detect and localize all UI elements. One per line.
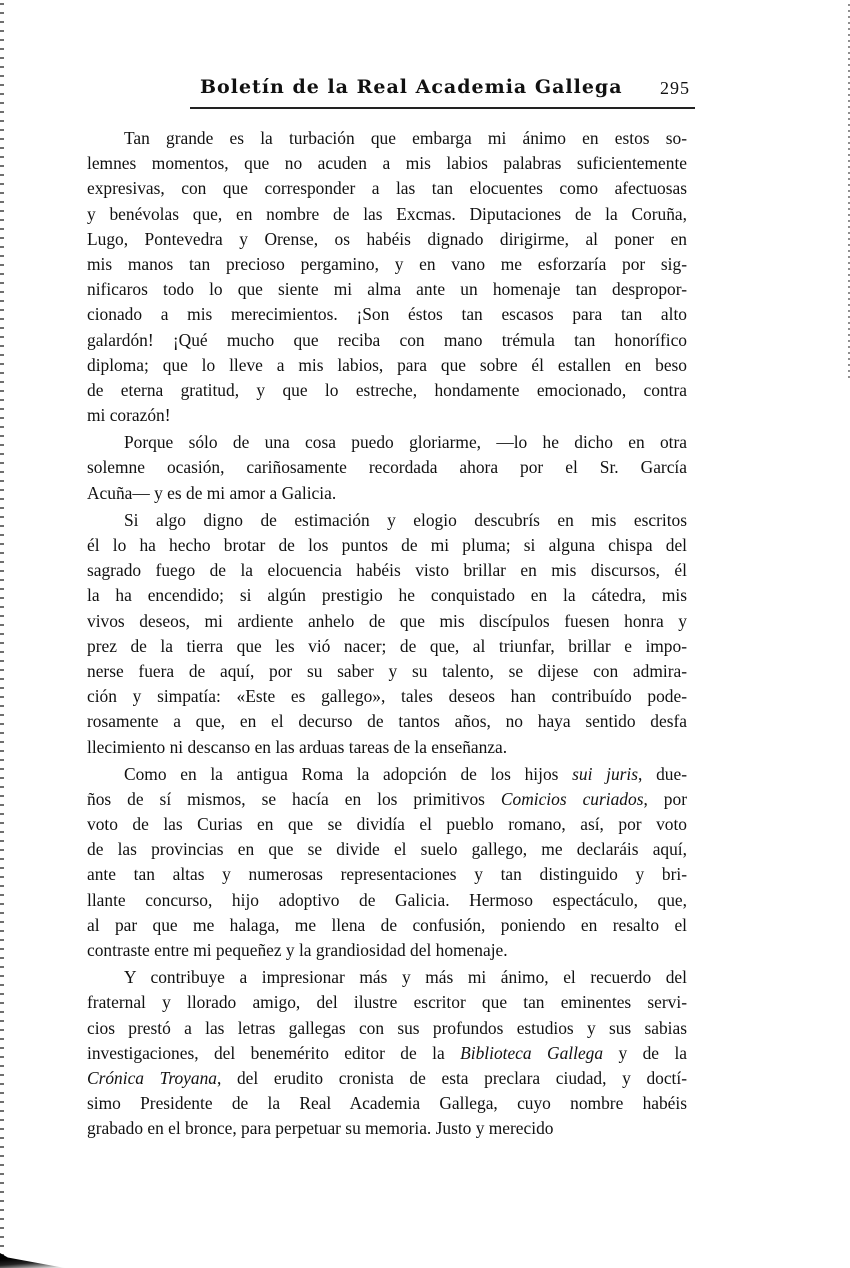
text-line: simo Presidente de la Real Academia Gall… [87, 1091, 687, 1116]
text-line: galardón! ¡Qué mucho que reciba con mano… [87, 328, 687, 353]
text-line: investigaciones, del benemérito editor d… [87, 1041, 687, 1066]
text-line: mi corazón! [87, 403, 687, 428]
text-line: nificaros todo lo que siente mi alma ant… [87, 277, 687, 302]
text-line: lemnes momentos, que no acuden a mis lab… [87, 151, 687, 176]
italic-term: Comicios curiados [501, 789, 644, 809]
text-line: mis manos tan precioso pergamino, y en v… [87, 252, 687, 277]
text-line: ción y simpatía: «Este es gallego», tale… [87, 684, 687, 709]
body-text: Tan grande es la turbación que embarga m… [87, 126, 687, 1144]
page-corner-shadow [0, 1253, 65, 1268]
text-line: cionado a mis merecimientos. ¡Son éstos … [87, 302, 687, 327]
header-rule [190, 107, 695, 109]
text-line: de eterna gratitud, y que lo estreche, h… [87, 378, 687, 403]
text-line: la ha encendido; si algún prestigio he c… [87, 583, 687, 608]
italic-term: Biblioteca Gallega [460, 1043, 603, 1063]
text-line: vivos deseos, mi ardiente anhelo de que … [87, 609, 687, 634]
text-line: ante tan altas y numerosas representacio… [87, 862, 687, 887]
italic-term: Crónica Troyana [87, 1068, 217, 1088]
text-line: Crónica Troyana, del erudito cronista de… [87, 1066, 687, 1091]
text-line: llante concurso, hijo adoptivo de Galici… [87, 888, 687, 913]
text-line: nerse fuera de aquí, por su saber y su t… [87, 659, 687, 684]
text-line: Acuña— y es de mi amor a Galicia. [87, 481, 687, 506]
text-line: sagrado fuego de la elocuencia habéis vi… [87, 558, 687, 583]
text-line: y benévolas que, en nombre de las Excmas… [87, 202, 687, 227]
text-line: Si algo digno de estimación y elogio des… [87, 508, 687, 533]
text-line: cios prestó a las letras gallegas con su… [87, 1016, 687, 1041]
paragraph: Como en la antigua Roma la adopción de l… [87, 762, 687, 964]
text-line: voto de las Curias en que se dividía el … [87, 812, 687, 837]
paragraph: Tan grande es la turbación que embarga m… [87, 126, 687, 428]
italic-term: sui juris [572, 764, 638, 784]
running-header: Boletín de la Real Academia Gallega 295 [180, 76, 700, 106]
page-edge-left [0, 0, 4, 1268]
text-line: prez de la tierra que les vió nacer; de … [87, 634, 687, 659]
text-line: él lo ha hecho brotar de los puntos de m… [87, 533, 687, 558]
text-line: rosamente a que, en el decurso de tantos… [87, 709, 687, 734]
text-line: contraste entre mi pequeñez y la grandio… [87, 938, 687, 963]
text-line: Lugo, Pontevedra y Orense, os habéis dig… [87, 227, 687, 252]
text-line: grabado en el bronce, para perpetuar su … [87, 1116, 687, 1141]
text-line: llecimiento ni descanso en las arduas ta… [87, 735, 687, 760]
text-line: expresivas, con que corresponder a las t… [87, 176, 687, 201]
page-number: 295 [660, 78, 690, 99]
text-line: Y contribuye a impresionar más y más mi … [87, 965, 687, 990]
text-line: solemne ocasión, cariñosamente recordada… [87, 455, 687, 480]
text-line: de las provincias en que se divide el su… [87, 837, 687, 862]
text-line: diploma; que lo lleve a mis labios, para… [87, 353, 687, 378]
paragraph: Y contribuye a impresionar más y más mi … [87, 965, 687, 1141]
text-line: al par que me halaga, me llena de confus… [87, 913, 687, 938]
paragraph: Si algo digno de estimación y elogio des… [87, 508, 687, 760]
text-line: Como en la antigua Roma la adopción de l… [87, 762, 687, 787]
paragraph: Porque sólo de una cosa puedo gloriarme,… [87, 430, 687, 506]
text-line: fraternal y llorado amigo, del ilustre e… [87, 990, 687, 1015]
text-line: ños de sí mismos, se hacía en los primit… [87, 787, 687, 812]
text-line: Tan grande es la turbación que embarga m… [87, 126, 687, 151]
scanned-page: Boletín de la Real Academia Gallega 295 … [0, 0, 850, 1268]
running-title: Boletín de la Real Academia Gallega [200, 76, 623, 98]
paragraph-gap [87, 1142, 687, 1144]
text-line: Porque sólo de una cosa puedo gloriarme,… [87, 430, 687, 455]
